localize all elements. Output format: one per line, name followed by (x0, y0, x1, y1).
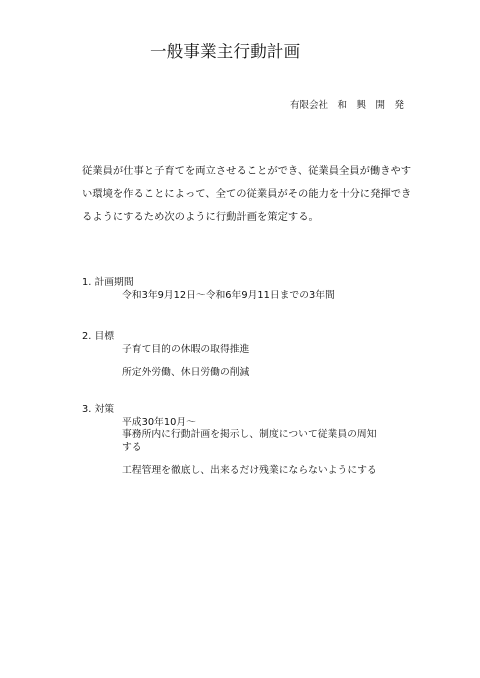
intro-paragraph: 従業員が仕事と子育てを両立させることができ、従業員全員が働きやす い環境を作るこ… (82, 160, 402, 229)
section-item: 所定外労働、休日労働の削減 (82, 367, 249, 380)
company-name: 有限会社 和 興 開 発 (290, 100, 404, 112)
intro-line: 従業員が仕事と子育てを両立させることができ、従業員全員が働きやす (82, 160, 402, 183)
section-item: 工程管理を徹底し、出来るだけ残業にならないようにする (82, 465, 377, 478)
section-heading: 2. 目標 (82, 331, 249, 344)
intro-line: い環境を作ることによって、全ての従業員がその能力を十分に発揮でき (82, 183, 402, 206)
section-goals: 2. 目標 子育て目的の休暇の取得推進 所定外労働、休日労働の削減 (82, 331, 249, 379)
section-heading: 1. 計画期間 (82, 277, 335, 290)
section-item: する (82, 442, 377, 455)
document-title: 一般事業主行動計画 (150, 42, 300, 62)
document-page: 一般事業主行動計画 有限会社 和 興 開 発 従業員が仕事と子育てを両立させるこ… (0, 0, 480, 678)
section-heading: 3. 対策 (82, 404, 377, 417)
section-item: 事務所内に行動計画を掲示し、制度について従業員の周知 (82, 429, 377, 442)
intro-line: るようにするため次のように行動計画を策定する。 (82, 206, 402, 229)
section-measures: 3. 対策 平成30年10月～ 事務所内に行動計画を掲示し、制度について従業員の… (82, 404, 377, 477)
section-item: 平成30年10月～ (82, 417, 377, 430)
section-item: 令和3年9月12日～令和6年9月11日までの3年間 (82, 290, 335, 303)
section-item: 子育て目的の休暇の取得推進 (82, 344, 249, 357)
section-plan-period: 1. 計画期間 令和3年9月12日～令和6年9月11日までの3年間 (82, 277, 335, 302)
